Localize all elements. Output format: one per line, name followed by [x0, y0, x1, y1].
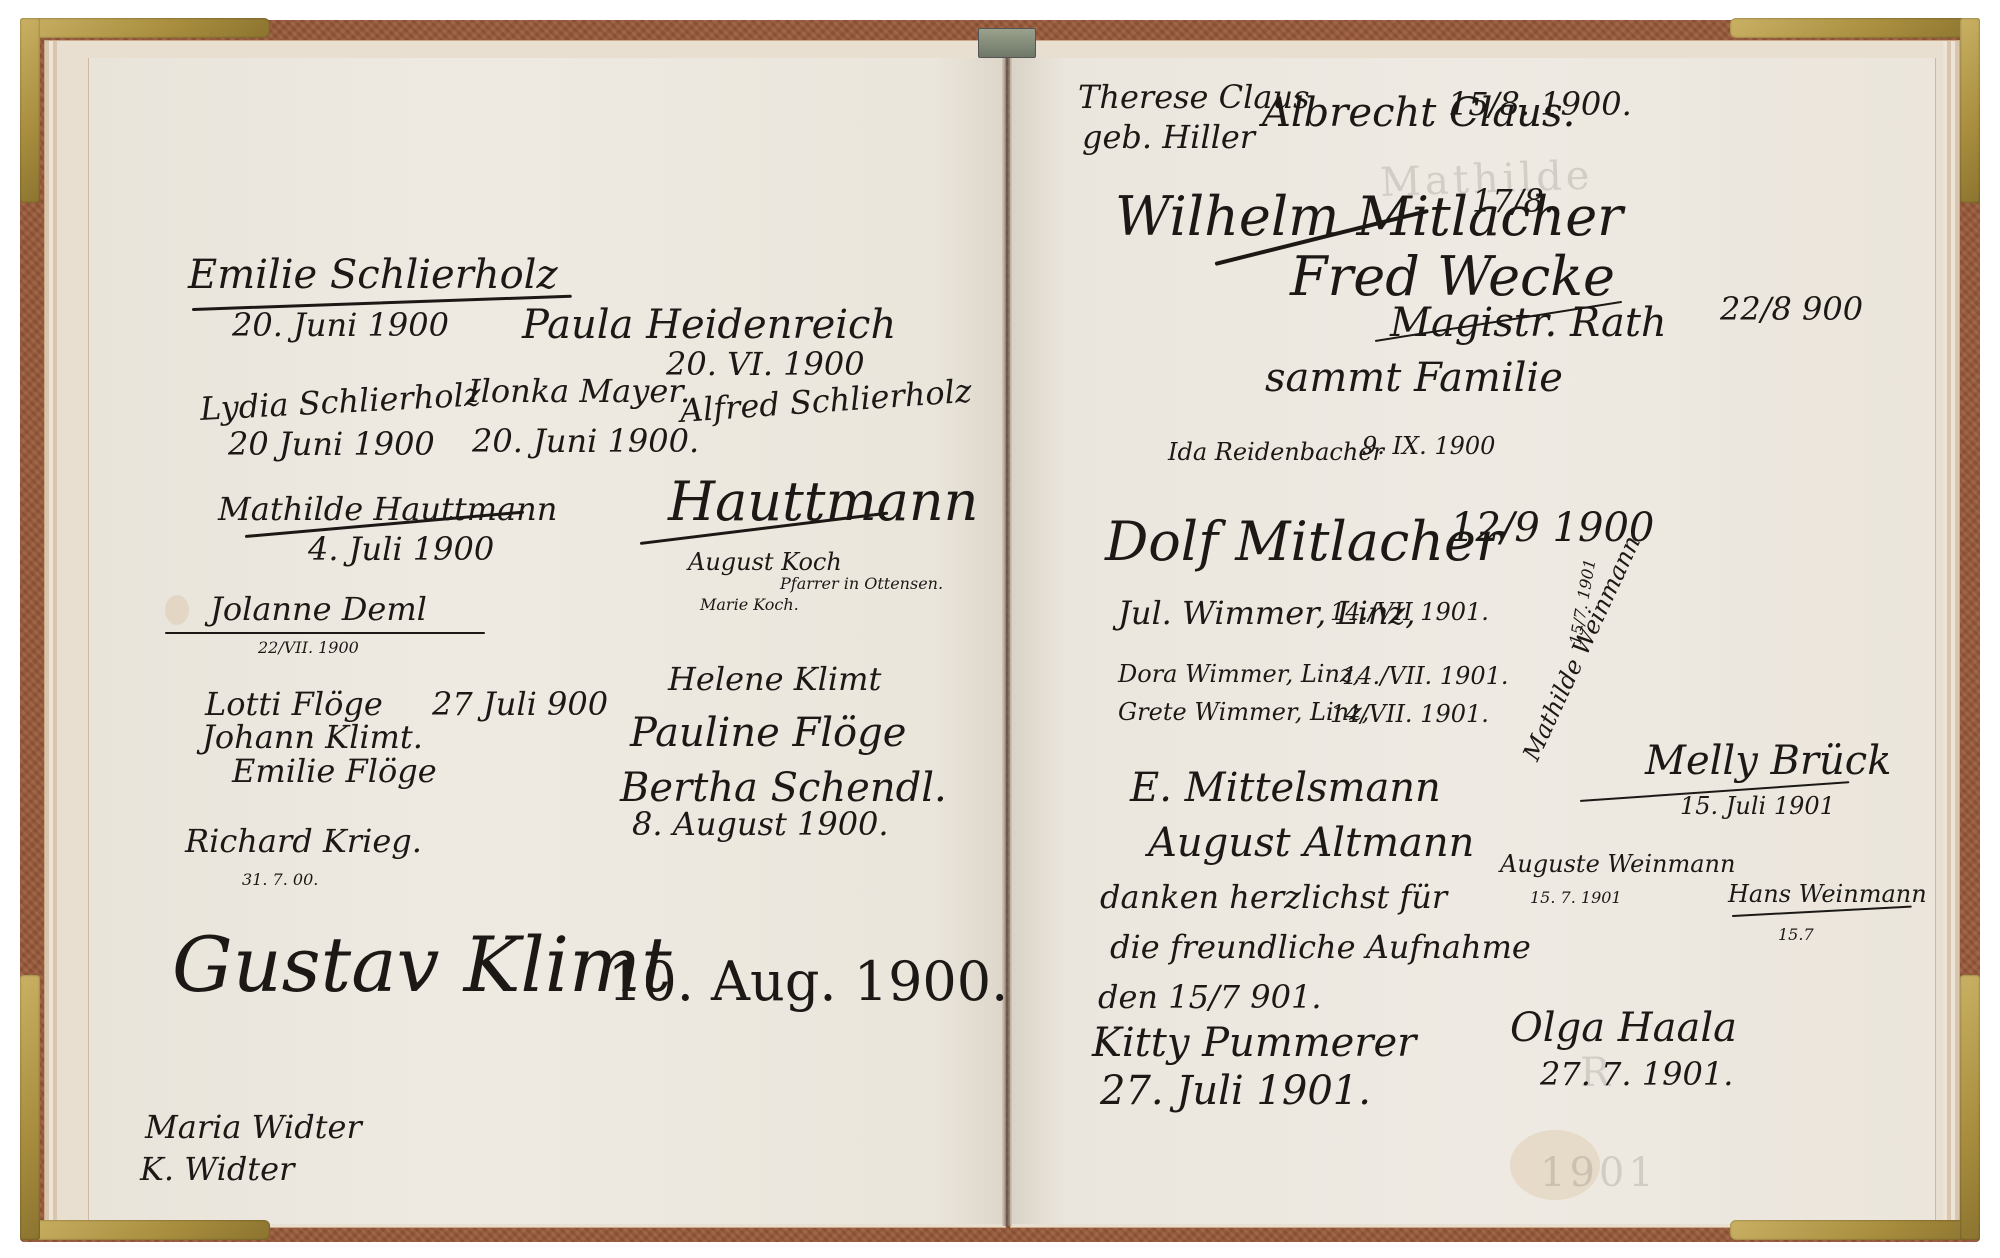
signature-date: 22/VII. 1900	[258, 638, 359, 657]
signature-date: den 15/7 901.	[1098, 978, 1321, 1016]
signature-date: 4. Juli 1900	[308, 530, 494, 568]
signature-name: Marie Koch.	[700, 595, 799, 614]
signature-name: August Koch	[688, 548, 842, 576]
signature-date: 15. Juli 1901	[1680, 792, 1835, 820]
signature-name: Paula Heidenreich	[522, 302, 896, 348]
signature-name: Jolanne Deml	[210, 590, 427, 628]
book-gutter	[1002, 46, 1012, 1226]
signature-name: Helene Klimt	[668, 660, 881, 698]
signature-name: August Altmann	[1148, 820, 1474, 866]
signature-date: 20. Juni 1900.	[472, 422, 699, 460]
signature-date: 14./VII. 1901.	[1342, 662, 1509, 690]
brass-corner-top-right	[1960, 18, 1980, 203]
signature-name: Auguste Weinmann	[1500, 850, 1735, 878]
signature-date: 14./VII 1901.	[1330, 598, 1489, 626]
signature-name: Fred Wecke	[1290, 245, 1615, 308]
signature-name: Hauttmann	[668, 470, 978, 533]
signature-name: Emilie Flöge	[232, 752, 437, 790]
signature-name: Melly Brück	[1645, 738, 1891, 784]
signature-name: Magistr. Rath	[1390, 300, 1667, 346]
signature-date: 15.7	[1778, 925, 1814, 944]
signature-name: K. Widter	[140, 1150, 294, 1188]
signature-date: 27. Juli 1901.	[1100, 1068, 1371, 1114]
signature-name: Hans Weinmann	[1728, 880, 1927, 908]
bleed-through-text: 1901	[1540, 1150, 1658, 1196]
signature-text: die freundliche Aufnahme	[1110, 928, 1531, 966]
signature-date: 14/VII. 1901.	[1330, 700, 1489, 728]
signature-date: 8. August 1900.	[632, 805, 889, 843]
brass-corner-top-right	[1730, 18, 1980, 38]
brass-corner-top-left	[20, 18, 270, 38]
signature-date: 9. IX. 1900	[1362, 432, 1495, 460]
signature-date: 15/8. 1900.	[1448, 85, 1632, 123]
signature-note: geb. Hiller	[1082, 118, 1255, 156]
signature-name: E. Mittelsmann	[1130, 765, 1441, 811]
signature-name: Emilie Schlierholz	[188, 252, 558, 298]
signature-date: 27. 7. 1901.	[1540, 1055, 1733, 1093]
brass-corner-top-left	[20, 18, 40, 203]
brass-corner-bottom-left	[20, 975, 40, 1240]
signature-text: danken herzlichst für	[1100, 878, 1447, 916]
signature-date: 27 Juli 900	[432, 685, 608, 723]
signature-name: Ida Reidenbacher	[1168, 438, 1384, 466]
binding-clasp	[978, 28, 1036, 58]
paper-stain	[165, 595, 189, 625]
signature-date: 20 Juni 1900	[228, 425, 435, 463]
signature-name: Maria Widter	[145, 1108, 362, 1146]
signature-note: Pfarrer in Ottensen.	[780, 574, 943, 593]
signature-name: Dora Wimmer, Linz,	[1118, 660, 1360, 688]
brass-corner-bottom-right	[1730, 1220, 1980, 1240]
signature-name: sammt Familie	[1265, 355, 1563, 401]
signature-name: Olga Haala	[1510, 1005, 1737, 1051]
signature-date: 20. Juni 1900	[232, 306, 449, 344]
signature-date: 17/8.	[1472, 182, 1554, 220]
signature-name: Richard Krieg.	[185, 822, 422, 860]
signature-name: Kitty Pummerer	[1092, 1020, 1416, 1066]
signature-name: Gustav Klimt	[172, 920, 672, 1009]
signature-name: Pauline Flöge	[630, 710, 906, 756]
signature-flourish	[165, 632, 485, 634]
signature-name: Dolf Mitlacher	[1105, 510, 1502, 573]
brass-corner-bottom-right	[1960, 975, 1980, 1240]
signature-name: Ilonka Mayer.	[468, 372, 690, 410]
brass-corner-bottom-left	[20, 1220, 270, 1240]
left-page	[88, 58, 1005, 1224]
signature-date: 15. 7. 1901	[1530, 888, 1622, 907]
signature-date: 22/8 900	[1720, 290, 1863, 328]
signature-date: 20. VI. 1900	[666, 345, 865, 383]
signature-date: 10. Aug. 1900.	[608, 950, 1008, 1013]
signature-date: 31. 7. 00.	[242, 870, 318, 889]
signature-name: Johann Klimt.	[202, 718, 423, 756]
